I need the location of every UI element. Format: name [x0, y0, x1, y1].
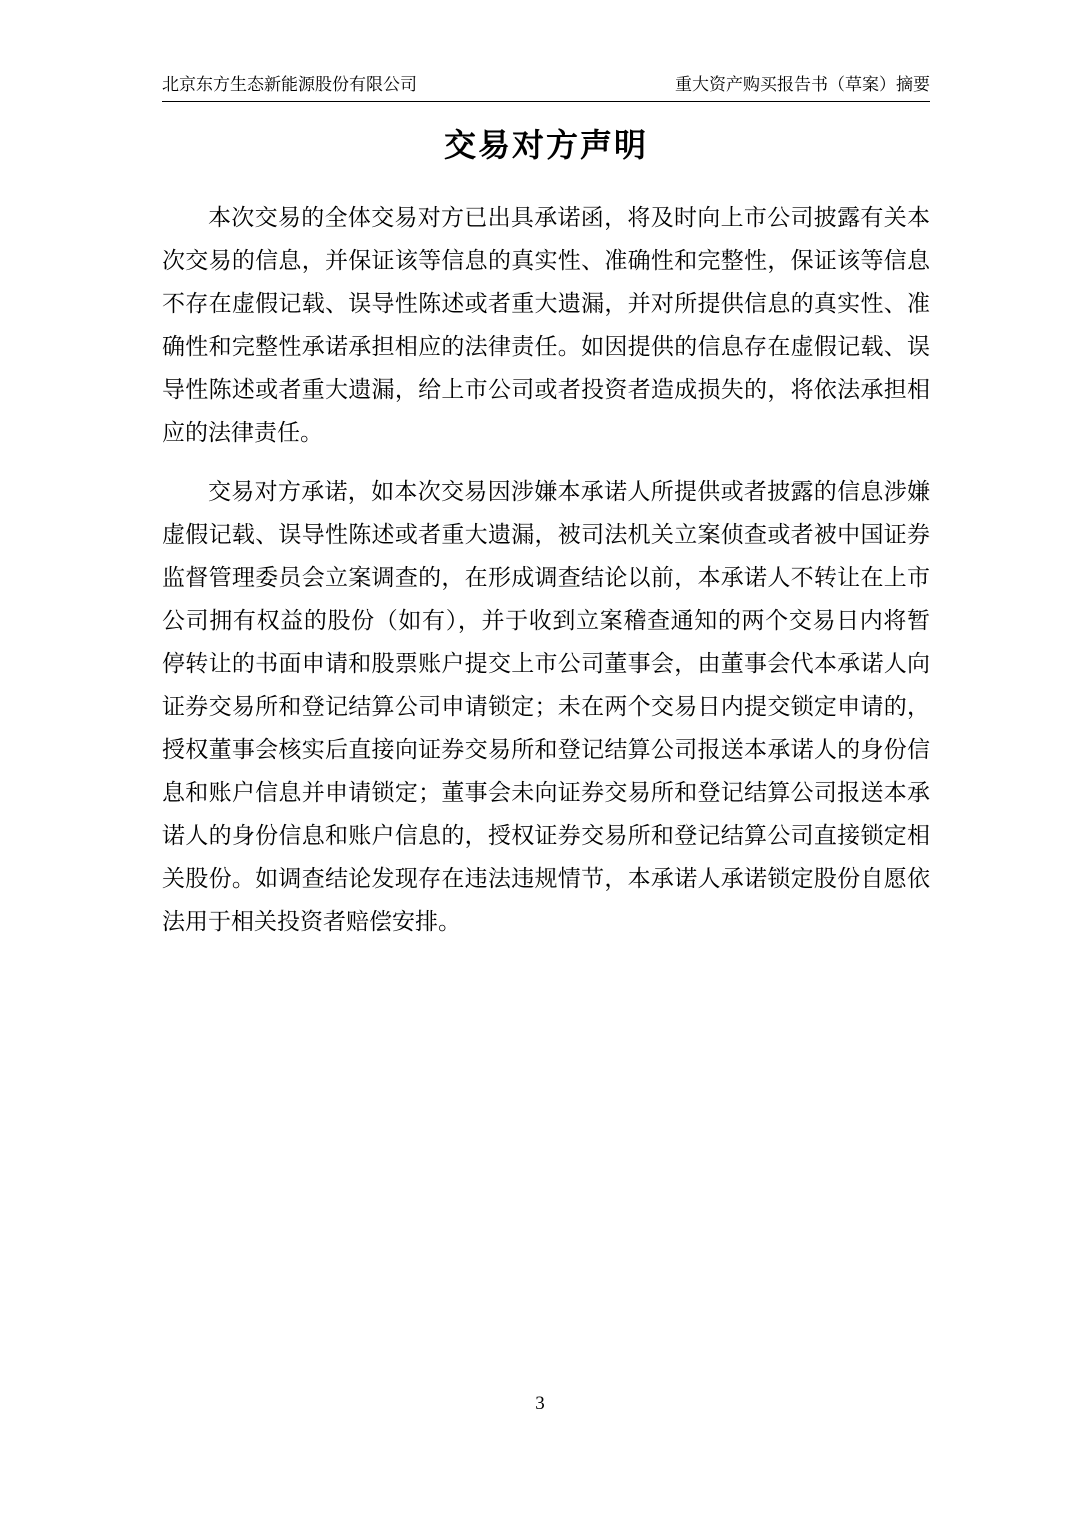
header-company-name: 北京东方生态新能源股份有限公司 [162, 74, 417, 96]
header-report-title: 重大资产购买报告书（草案）摘要 [675, 74, 930, 96]
page-number: 3 [535, 1393, 545, 1414]
paragraph-commitment-2: 交易对方承诺，如本次交易因涉嫌本承诺人所提供或者披露的信息涉嫌虚假记载、误导性陈… [162, 470, 930, 943]
page-footer: 3 [0, 1393, 1080, 1415]
page-header: 北京东方生态新能源股份有限公司 重大资产购买报告书（草案）摘要 [162, 74, 930, 102]
document-page: 北京东方生态新能源股份有限公司 重大资产购买报告书（草案）摘要 交易对方声明 本… [0, 0, 1080, 1527]
section-title: 交易对方声明 [162, 126, 930, 164]
paragraph-commitment-1: 本次交易的全体交易对方已出具承诺函，将及时向上市公司披露有关本次交易的信息，并保… [162, 196, 930, 454]
